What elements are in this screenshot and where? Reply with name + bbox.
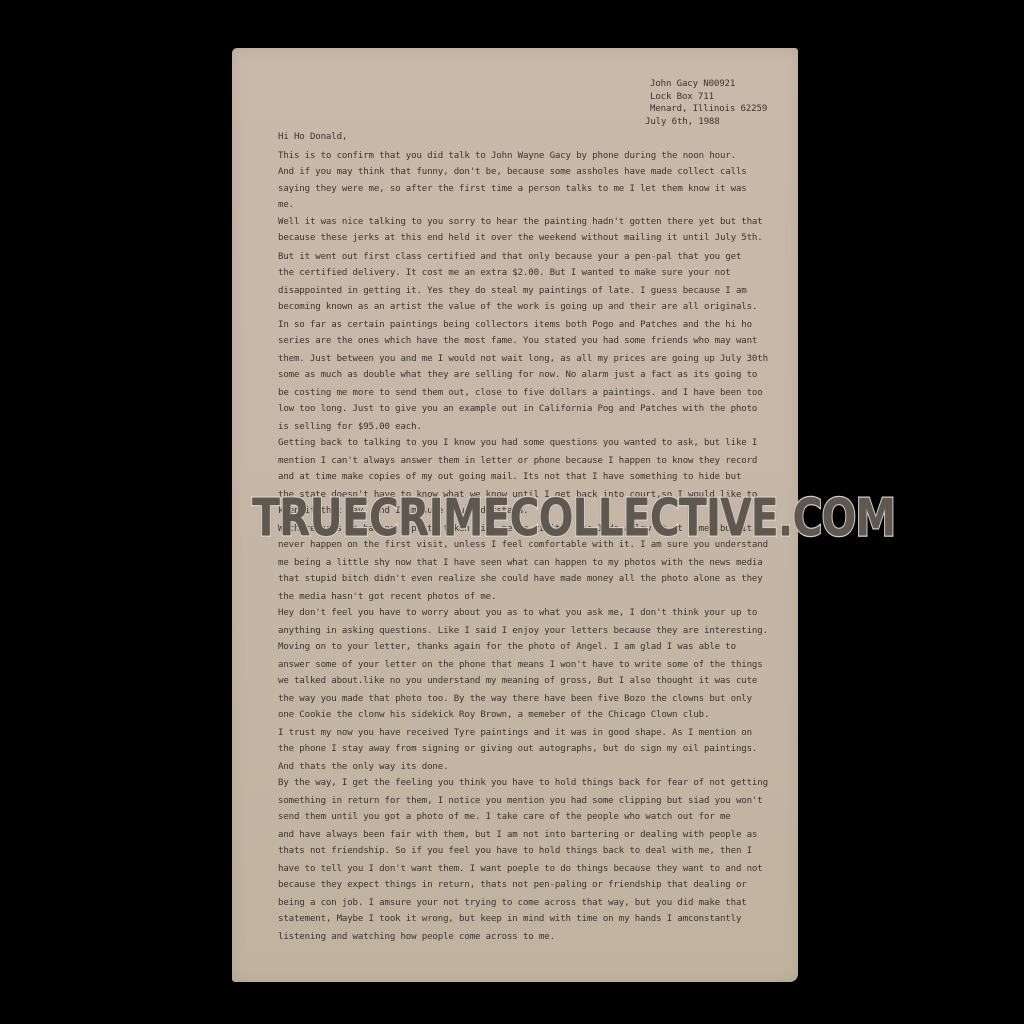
sender-city-line: Menard, Illinois 62259 [650,103,767,116]
letter-line: low too long. Just to give you an exampl… [278,404,757,414]
letter-line: the phone I stay away from signing or gi… [278,744,757,754]
letter-line: that stupid bitch didn't even realize sh… [278,574,763,584]
sender-lockbox-line: Lock Box 711 [650,91,767,104]
letter-line: the way you made that photo too. By the … [278,694,752,704]
letter-line: and have always been fair with them, but… [278,830,757,840]
letter-line: Moving on to your letter, thanks again f… [278,642,736,652]
letter-line: the certified delivery. It cost me an ex… [278,268,731,278]
letter-line: answer some of your letter on the phone … [278,660,763,670]
letter-line: thats not friendship. So if you feel you… [278,846,752,856]
letter-line: some as much as double what they are sel… [278,370,757,380]
letter-line: This is to confirm that you did talk to … [278,151,736,161]
letter-line: have to tell you I don't want them. I wa… [278,864,763,874]
letter-line: saying they were me, so after the first … [278,184,747,194]
letter-line: being a con job. I amsure your not tryin… [278,898,747,908]
letter-line: something in return for them, I notice y… [278,796,763,806]
letter-line: Hey don't feel you have to worry about y… [278,608,757,618]
letter-line: And if you may think that funny, don't b… [278,167,747,177]
watermark-text: TRUECRIMECOLLECTIVE.COM [252,488,800,548]
letter-line: because they expect things in return, th… [278,880,747,890]
letter-line: listening and watching how people come a… [278,932,555,942]
letter-line: statement, Maybe I took it wrong, but ke… [278,914,741,924]
letter-line: series are the ones which have the most … [278,336,757,346]
letter-line: mention I can't always answer them in le… [278,456,757,466]
letter-line: them. Just between you and me I would no… [278,354,768,364]
sender-name-line: John Gacy N00921 [650,78,767,91]
letter-line: By the way, I get the feeling you think … [278,778,768,788]
letter-greeting: Hi Ho Donald, [278,132,347,142]
sender-address-block: John Gacy N00921 Lock Box 711 Menard, Il… [650,78,767,128]
letter-line: and at time make copies of my out going … [278,472,741,482]
letter-line: In so far as certain paintings being col… [278,320,752,330]
letter-line: me being a little shy now that I have se… [278,558,763,568]
letter-line: anything in asking questions. Like I sai… [278,626,768,636]
letter-line: And thats the only way its done. [278,762,448,772]
letter-date: July 6th, 1988 [645,116,767,129]
letter-line: we talked about.like no you understand m… [278,676,757,686]
letter-line: me. [278,200,294,210]
letter-line: send them until you got a photo of me. I… [278,812,731,822]
letter-line: be costing me more to send them out, clo… [278,388,763,398]
letter-line: the media hasn't got recent photos of me… [278,592,496,602]
letter-line: I trust my now you have received Tyre pa… [278,728,752,738]
letter-line: is selling for $95.00 each. [278,422,422,432]
letter-line: But it went out first class certified an… [278,252,741,262]
letter-line: one Cookie the clonw his sidekick Roy Br… [278,710,709,720]
letter-line: because these jerks at this end held it … [278,233,763,243]
letter-line: Getting back to talking to you I know yo… [278,438,757,448]
letter-line: disappointed in getting it. Yes they do … [278,286,747,296]
letter-line: Well it was nice talking to you sorry to… [278,217,763,227]
letter-line: becoming known as an artist the value of… [278,302,757,312]
